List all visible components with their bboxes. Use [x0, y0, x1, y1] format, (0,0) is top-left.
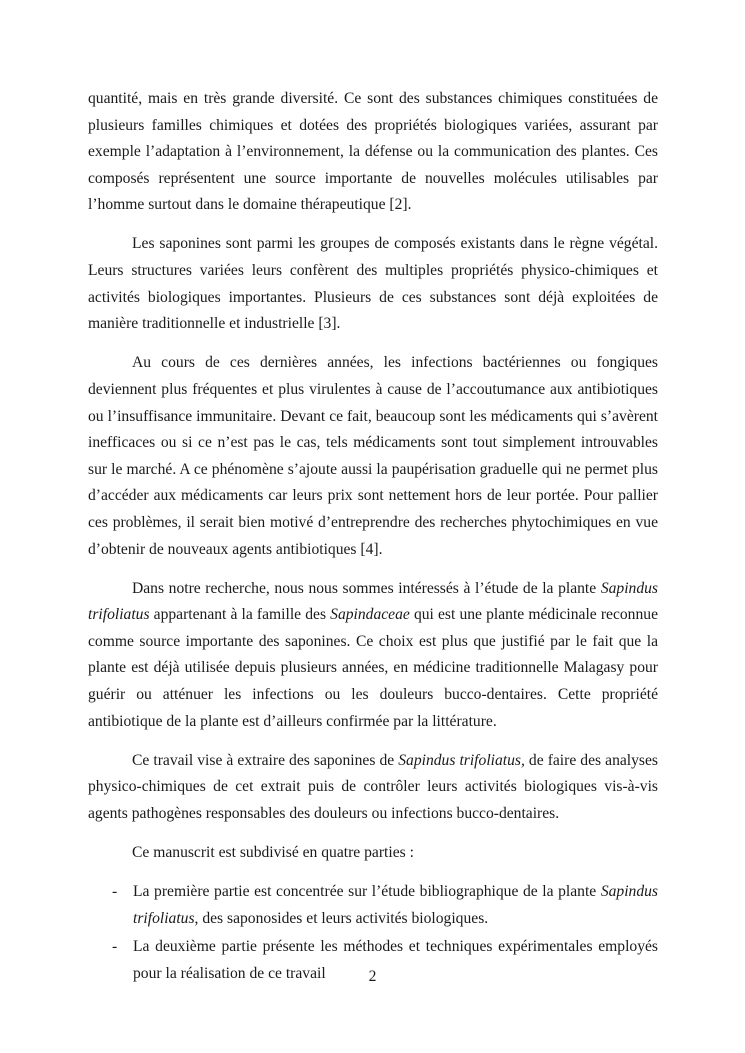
paragraph-4-text-a: Dans notre recherche, nous nous sommes i… — [132, 580, 601, 597]
paragraph-1-text: quantité, mais en très grande diversité.… — [88, 90, 658, 213]
paragraph-5: Ce travail vise à extraire des saponines… — [88, 748, 658, 828]
paragraph-5-text-a: Ce travail vise à extraire des saponines… — [132, 752, 398, 769]
dash-bullet-icon: - — [112, 879, 117, 906]
dash-bullet-icon: - — [112, 934, 117, 961]
document-page: quantité, mais en très grande diversité.… — [88, 86, 658, 989]
paragraph-2: Les saponines sont parmi les groupes de … — [88, 231, 658, 337]
paragraph-6-text: Ce manuscrit est subdivisé en quatre par… — [132, 844, 414, 861]
list-item-1-text-b: , des saponosides et leurs activités bio… — [195, 910, 489, 927]
list-item-1-text-a: La première partie est concentrée sur l’… — [133, 883, 601, 900]
family-name: Sapindaceae — [330, 606, 410, 623]
paragraph-6: Ce manuscrit est subdivisé en quatre par… — [88, 840, 658, 867]
paragraph-1: quantité, mais en très grande diversité.… — [88, 86, 658, 219]
paragraph-4-text-c: qui est une plante médicinale reconnue c… — [88, 606, 658, 729]
paragraph-4-text-b: appartenant à la famille des — [150, 606, 331, 623]
paragraph-4: Dans notre recherche, nous nous sommes i… — [88, 576, 658, 736]
paragraph-3-text: Au cours de ces dernières années, les in… — [88, 354, 658, 557]
list-item: -La première partie est concentrée sur l… — [88, 879, 658, 932]
page-number: 2 — [0, 968, 745, 986]
paragraph-3: Au cours de ces dernières années, les in… — [88, 350, 658, 563]
paragraph-2-text: Les saponines sont parmi les groupes de … — [88, 235, 658, 332]
species-name: Sapindus trifoliatus, — [398, 752, 525, 769]
